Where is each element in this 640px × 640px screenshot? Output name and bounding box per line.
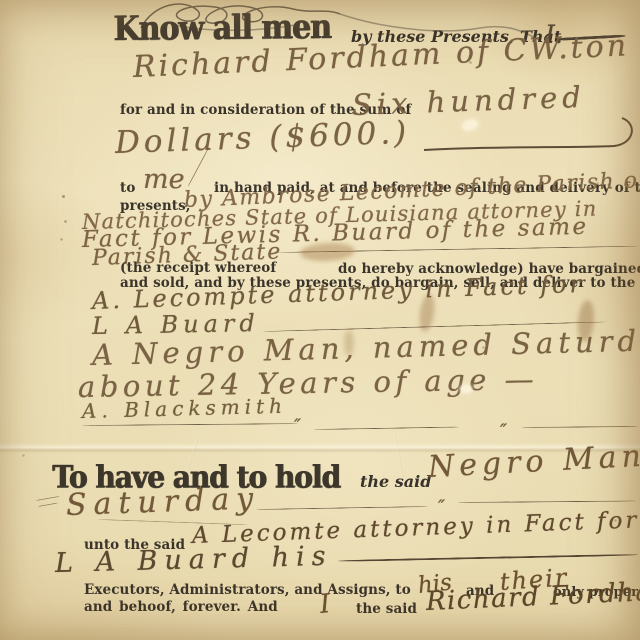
ink-rule	[338, 554, 638, 562]
ink-rule	[458, 500, 636, 503]
ink-rule	[522, 426, 638, 428]
ditto-mark: ″	[294, 417, 301, 437]
ink-rule	[38, 503, 58, 507]
the-said-printed: the said	[360, 474, 431, 491]
to-printed: to	[120, 181, 135, 195]
receipt-printed-left: (the receipt whereof	[120, 261, 276, 275]
paper-stain	[344, 330, 354, 356]
ink-rule	[256, 506, 428, 510]
me-hand: me	[143, 166, 185, 194]
trade-hand: A. Blacksmith	[82, 396, 288, 422]
white-damage-spot	[460, 385, 472, 393]
executors-printed: Executors, Administrators, and Assigns, …	[84, 583, 411, 597]
the-said2-printed: the said	[356, 602, 417, 616]
paper-specks	[0, 0, 1, 1]
signature-hand: Richard Fordham	[425, 578, 640, 616]
behoof-printed: and behoof, forever. And	[84, 600, 278, 614]
ink-swash	[424, 114, 640, 154]
habendum-grantee2-hand: L A Buard his	[55, 543, 333, 579]
sum-dollars-hand: Dollars ($600.)	[114, 117, 410, 160]
ink-rule	[36, 496, 60, 501]
ditto-mark: ″	[500, 422, 507, 442]
habendum-name-hand: Saturday	[65, 483, 260, 521]
document-page: Know all men by these Presents, That I. …	[0, 0, 640, 640]
ink-rule	[82, 423, 298, 426]
title-blackletter: Know all men	[113, 10, 331, 47]
ink-rule	[314, 426, 459, 430]
